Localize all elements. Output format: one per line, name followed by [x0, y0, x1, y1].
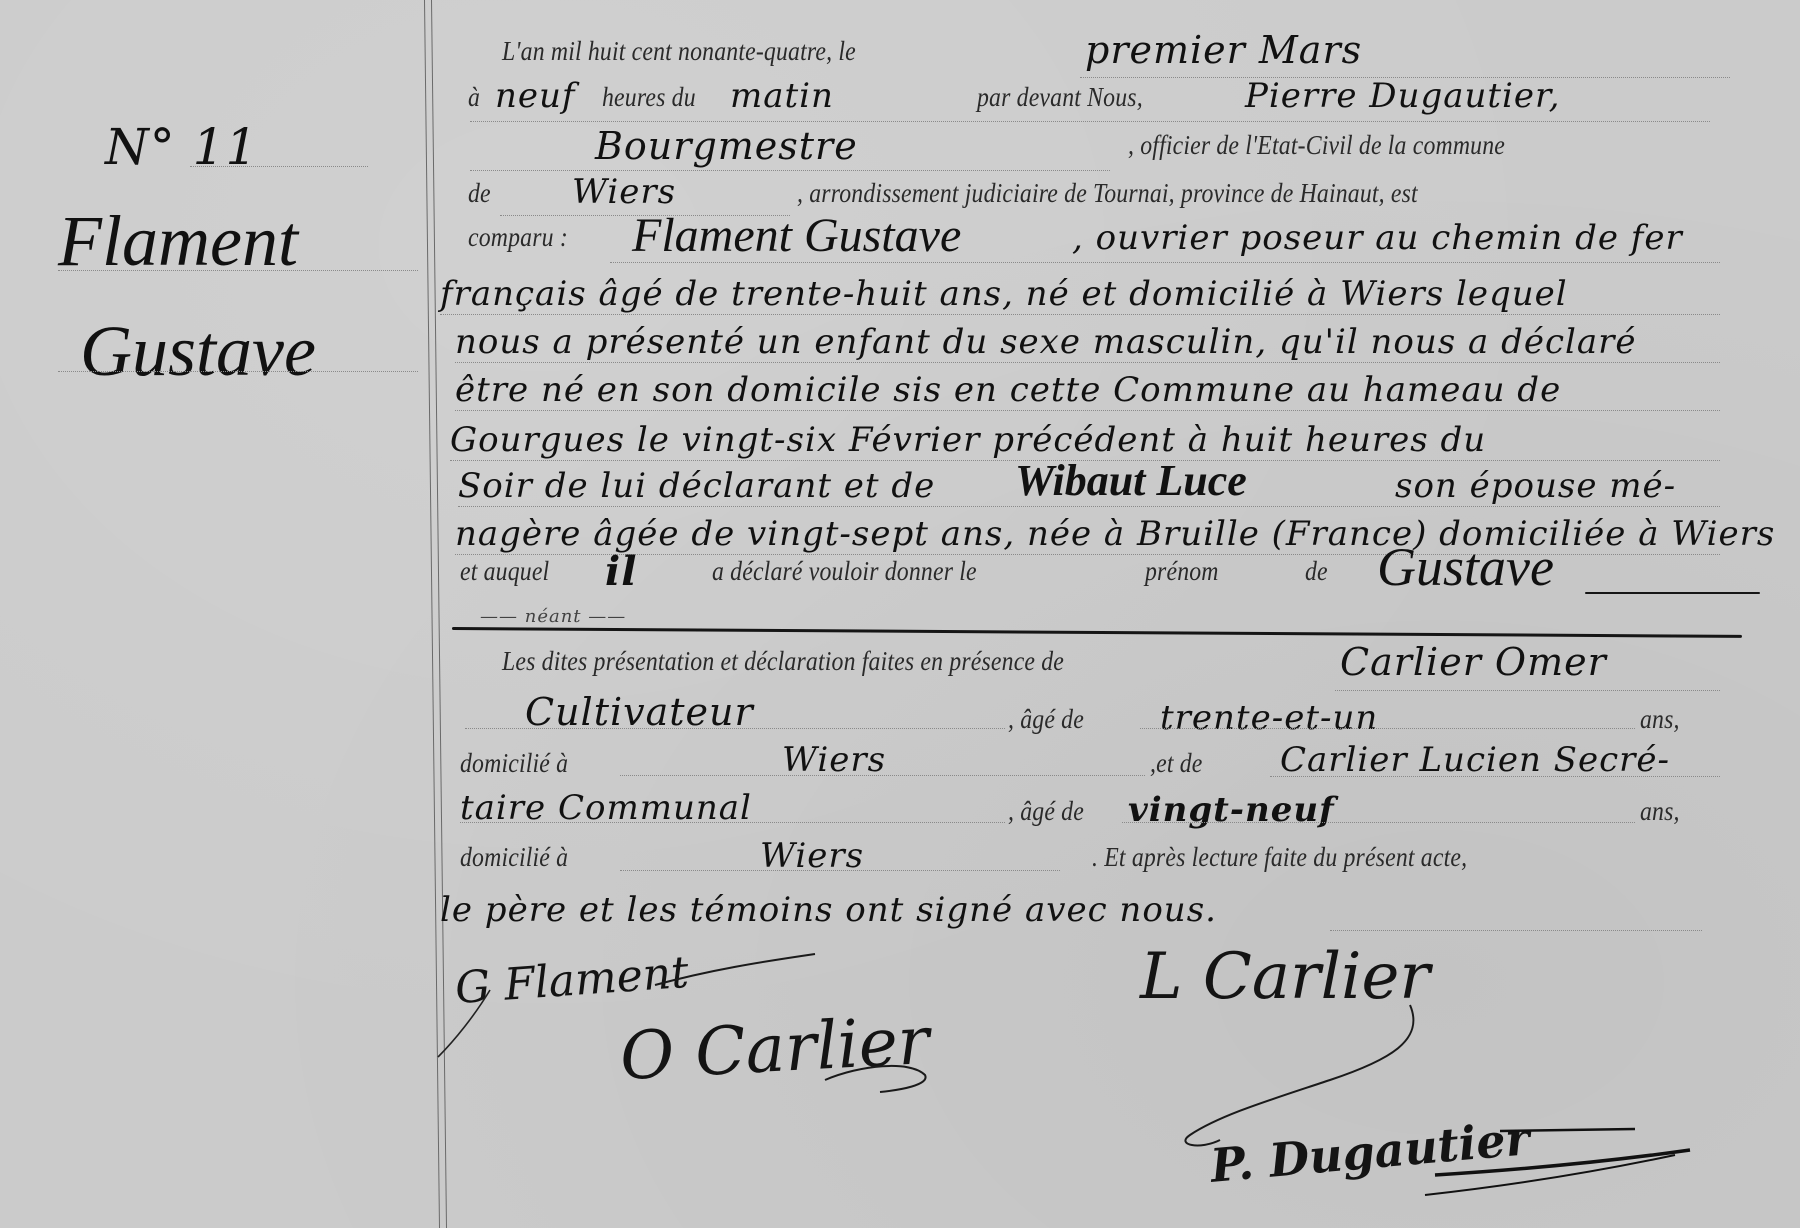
fill-line [1330, 930, 1702, 931]
fill-line [620, 775, 1145, 776]
printed-text: par devant Nous, [977, 82, 1143, 113]
printed-text: domicilié à [460, 748, 568, 779]
signature-t-bar [1500, 1125, 1640, 1137]
margin-rule-line [58, 371, 418, 372]
signature-underline [1425, 1140, 1695, 1200]
printed-text: ans, [1640, 796, 1680, 827]
printed-text: a déclaré vouloir donner le [712, 556, 977, 587]
fill-stroke [1585, 592, 1760, 594]
handwritten-witness2-age: vingt-neuf [1128, 790, 1335, 830]
handwritten-line: son épouse mé- [1395, 466, 1676, 506]
margin-given-name: Gustave [80, 310, 316, 393]
handwritten-witness2-name: Carlier Lucien Secré- [1280, 740, 1670, 780]
fill-line [470, 121, 1710, 122]
handwritten-declarant-name: Flament Gustave [632, 208, 961, 263]
handwritten-date: premier Mars [1085, 28, 1362, 72]
fill-line [440, 314, 1720, 315]
printed-text: Les dites présentation et déclaration fa… [502, 646, 1064, 677]
handwritten-period: matin [730, 76, 834, 116]
printed-text: , arrondissement judiciaire de Tournai, … [797, 178, 1418, 209]
handwritten-line: nous a présenté un enfant du sexe mascul… [455, 322, 1637, 362]
printed-text: comparu : [468, 222, 568, 253]
margin-rule-line [190, 166, 368, 167]
handwritten-strike: —— néant —— [480, 606, 626, 627]
fill-line [1335, 690, 1720, 691]
fill-line [465, 728, 1005, 729]
signature-flourish [820, 1050, 940, 1100]
signature-flourish [430, 985, 510, 1065]
fill-line [455, 362, 1720, 363]
printed-text: L'an mil huit cent nonante-quatre, le [502, 36, 856, 67]
handwritten-firstname: Gustave [1377, 536, 1554, 598]
handwritten-mother-name: Wibaut Luce [1015, 455, 1247, 506]
printed-text: et auquel [460, 556, 549, 587]
handwritten-hour: neuf [495, 76, 576, 116]
handwritten-line: français âgé de trente-huit ans, né et d… [440, 274, 1568, 314]
handwritten-line: Soir de lui déclarant et de [458, 466, 935, 506]
fill-line [460, 822, 1005, 823]
entry-number: N° 11 [105, 118, 258, 176]
fill-line [1270, 776, 1720, 777]
handwritten-title: Bourgmestre [595, 124, 858, 168]
printed-text: domicilié à [460, 842, 568, 873]
handwritten-witness1-name: Carlier Omer [1340, 640, 1607, 684]
handwritten-commune: Wiers [572, 172, 676, 212]
signature-flourish [650, 950, 820, 990]
printed-text: , officier de l'Etat-Civil de la commune [1128, 130, 1505, 161]
handwritten-pronoun: il [605, 548, 637, 595]
handwritten-line: Gourgues le vingt-six Février précédent … [450, 420, 1486, 460]
printed-text: prénom [1145, 556, 1219, 587]
printed-text: de [1305, 556, 1328, 587]
fill-line [610, 262, 1720, 263]
handwritten-line: nagère âgée de vingt-sept ans, née à Bru… [455, 514, 1775, 554]
handwritten-closing: le père et les témoins ont signé avec no… [440, 890, 1217, 930]
printed-text: . Et après lecture faite du présent acte… [1092, 842, 1467, 873]
printed-text: de [468, 178, 491, 209]
printed-text: à [468, 82, 480, 113]
fill-line [1140, 728, 1635, 729]
printed-text: heures du [602, 82, 696, 113]
fill-line [620, 870, 1060, 871]
fill-line [455, 410, 1720, 411]
handwritten-witness1-domicile: Wiers [782, 740, 886, 780]
handwritten-line: être né en son domicile sis en cette Com… [455, 370, 1561, 410]
fill-line [458, 506, 1720, 507]
printed-text: ans, [1640, 704, 1680, 735]
handwritten-occupation: , ouvrier poseur au chemin de fer [1072, 218, 1683, 258]
printed-text: ,et de [1150, 748, 1203, 779]
fill-line [1122, 822, 1635, 823]
fill-line [470, 170, 1110, 171]
handwritten-officer-name: Pierre Dugautier, [1245, 76, 1560, 116]
printed-text: , âgé de [1008, 796, 1084, 827]
handwritten-witness1-age: trente-et-un [1160, 698, 1378, 738]
printed-text: , âgé de [1008, 704, 1084, 735]
margin-rule-line [58, 270, 418, 271]
